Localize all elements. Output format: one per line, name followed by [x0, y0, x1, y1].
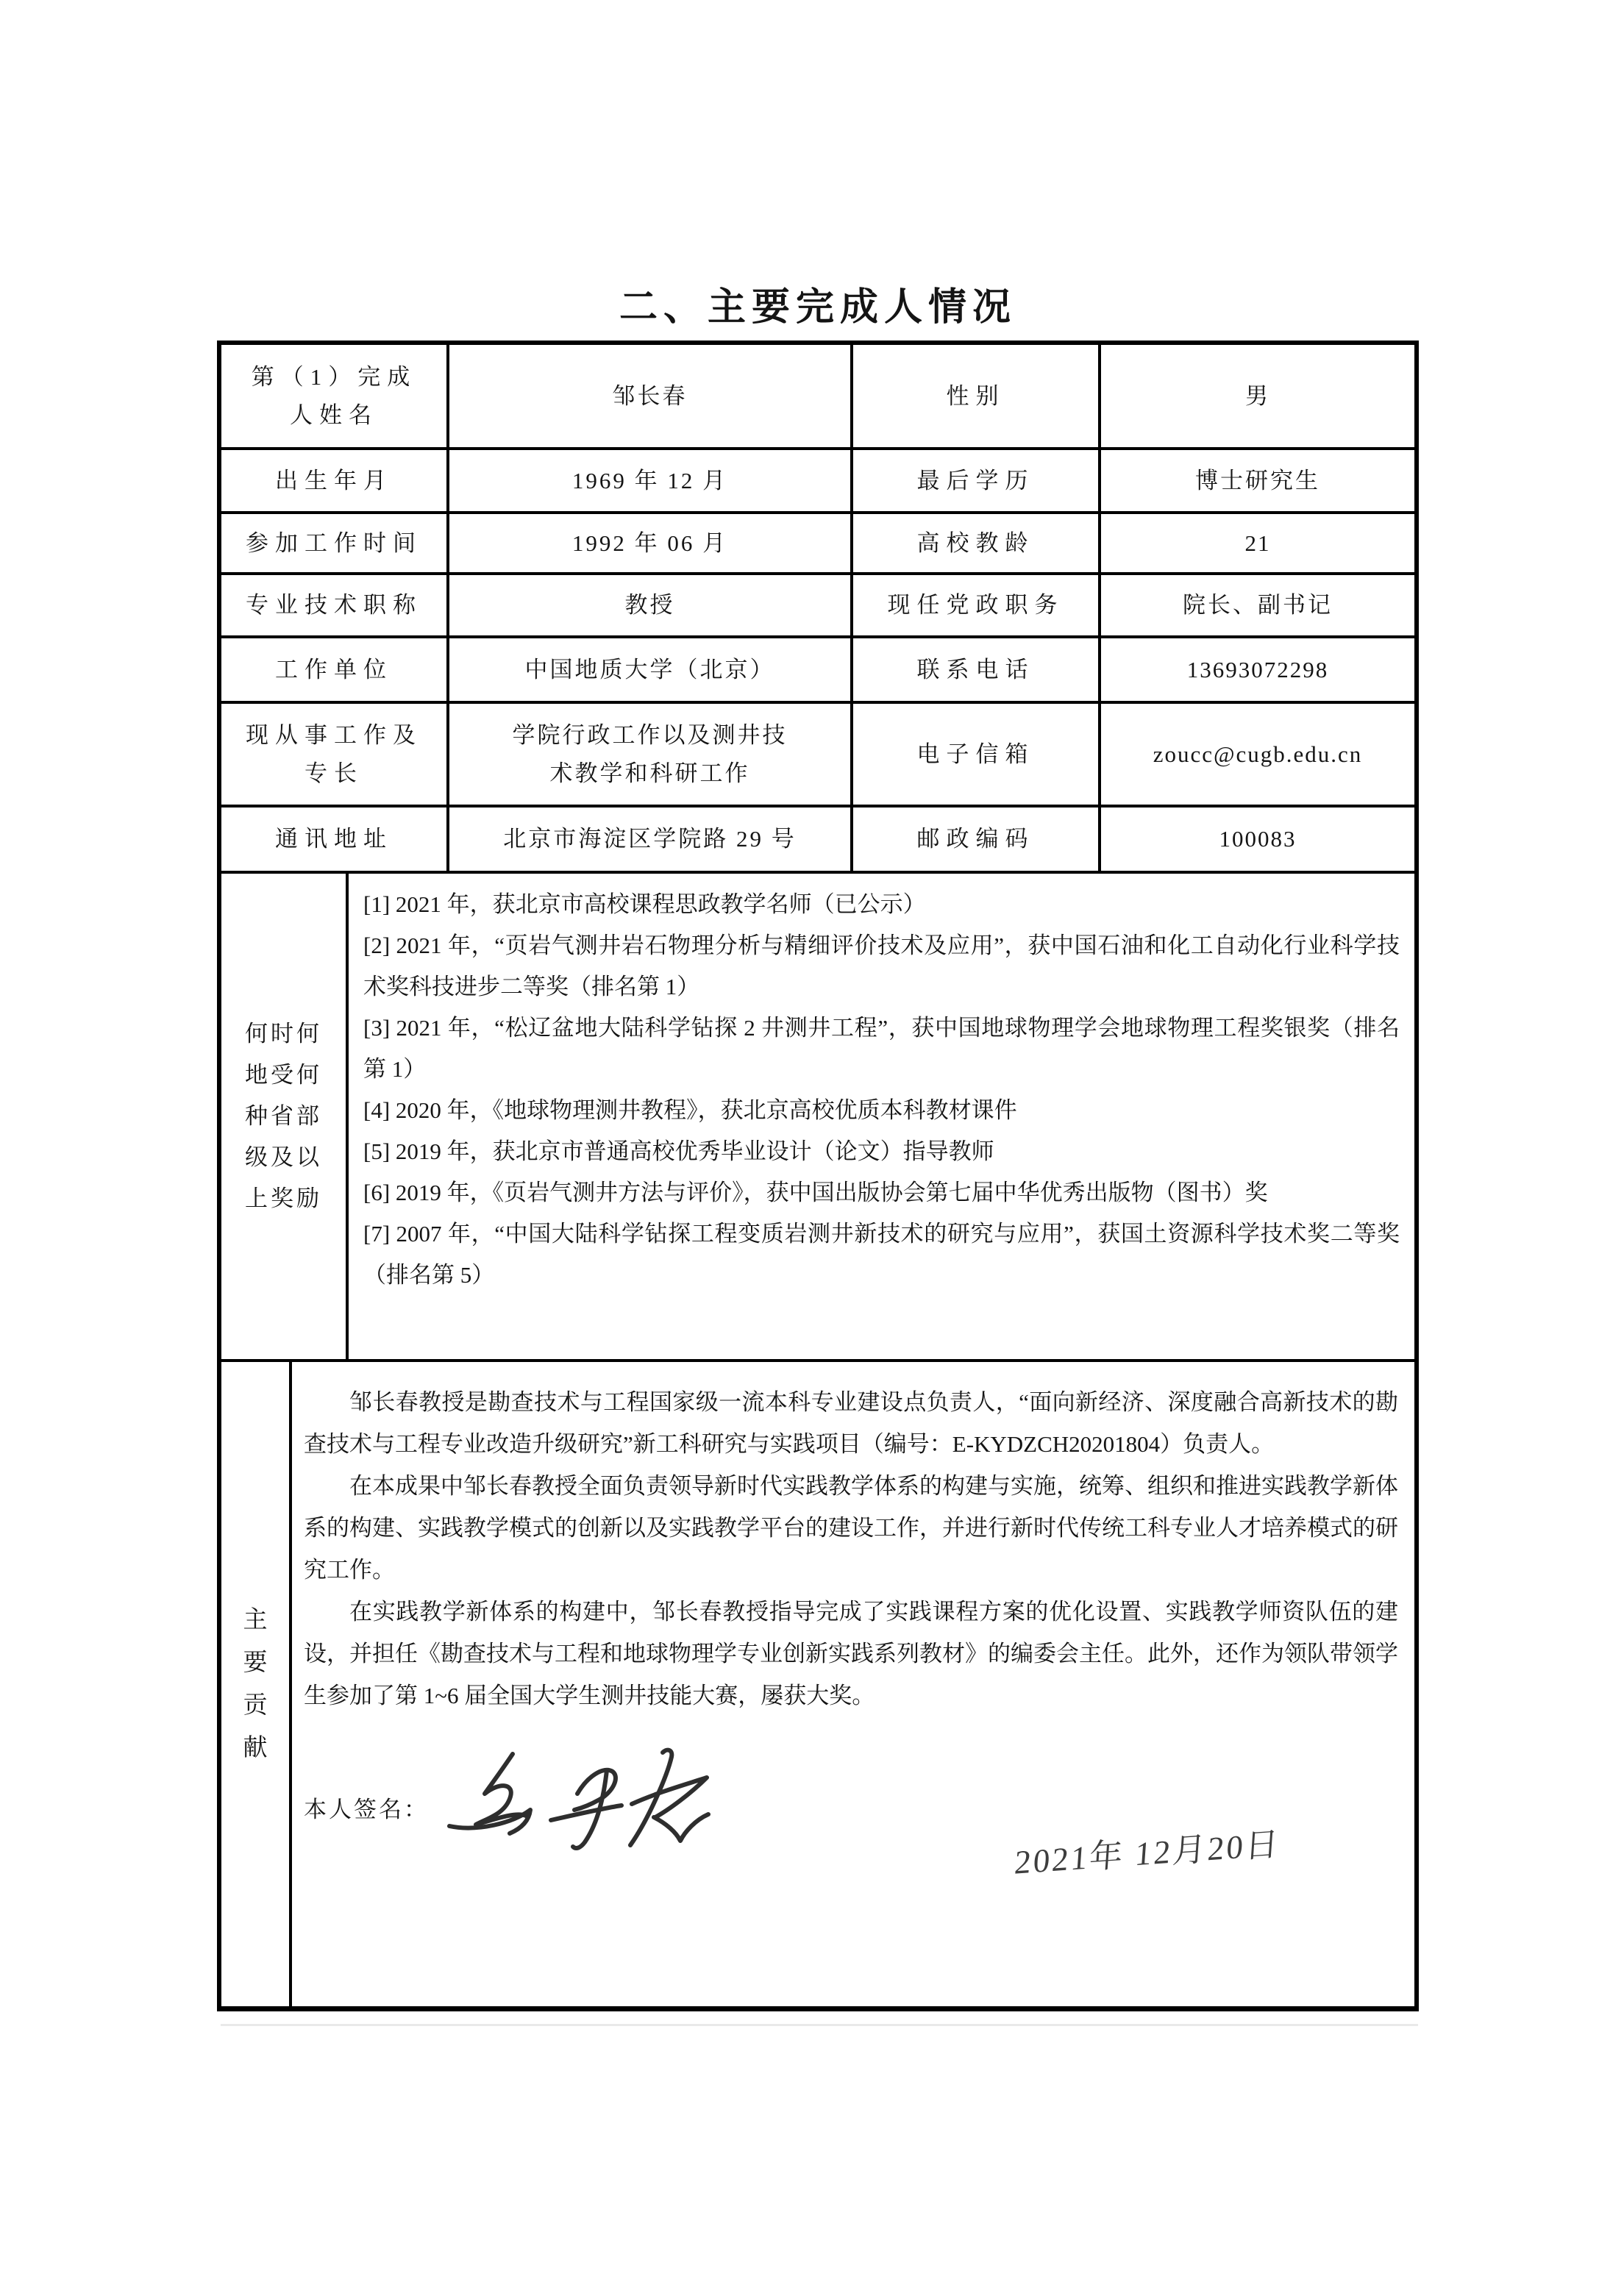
signature-block: 本人签名： [304, 1741, 1398, 1878]
address-label: 通讯地址 [221, 807, 449, 871]
birth-date-value: 1969 年 12 月 [449, 450, 853, 511]
award-item: [5] 2019 年，获北京市普通高校优秀毕业设计（论文）指导教师 [363, 1131, 1400, 1172]
contribution-paragraph: 邹长春教授是勘查技术与工程国家级一流本科专业建设点负责人，“面向新经济、深度融合… [304, 1381, 1398, 1465]
phone-value: 13693072298 [1101, 638, 1414, 701]
teaching-years-label: 高校教龄 [853, 514, 1101, 572]
party-post-label: 现任党政职务 [853, 575, 1101, 635]
award-item: [6] 2019 年，《页岩气测井方法与评价》，获中国出版协会第七届中华优秀出版… [363, 1172, 1400, 1213]
table-row: 第（1）完成 人姓名 邹长春 性别 男 [221, 345, 1414, 450]
teaching-years-value: 21 [1101, 514, 1414, 572]
contribution-body: 邹长春教授是勘查技术与工程国家级一流本科专业建设点负责人，“面向新经济、深度融合… [292, 1362, 1414, 2006]
title-rank-value: 教授 [449, 575, 853, 635]
table-row: 工作单位 中国地质大学（北京） 联系电话 13693072298 [221, 638, 1414, 704]
work-start-label: 参加工作时间 [221, 514, 449, 572]
table-row: 出生年月 1969 年 12 月 最后学历 博士研究生 [221, 450, 1414, 514]
completer-name-value: 邹长春 [449, 345, 853, 447]
award-item: [2] 2021 年，“页岩气测井岩石物理分析与精细评价技术及应用”，获中国石油… [363, 925, 1400, 1008]
current-work-label: 现从事工作及 专长 [221, 704, 449, 805]
last-degree-value: 博士研究生 [1101, 450, 1414, 511]
signature-date: 2021年 12月20日 [1013, 1823, 1281, 1884]
title-rank-label: 专业技术职称 [221, 575, 449, 635]
table-row: 现从事工作及 专长 学院行政工作以及测井技 术教学和科研工作 电子信箱 zouc… [221, 704, 1414, 807]
awards-label: 何时何 地受何 种省部 级及以 上奖励 [221, 874, 349, 1359]
phone-label: 联系电话 [853, 638, 1101, 701]
contribution-paragraph: 在本成果中邹长春教授全面负责领导新时代实践教学体系的构建与实施，统筹、组织和推进… [304, 1465, 1398, 1591]
employer-label: 工作单位 [221, 638, 449, 701]
last-degree-label: 最后学历 [853, 450, 1101, 511]
awards-list: [1] 2021 年，获北京市高校课程思政教学名师（已公示） [2] 2021 … [349, 874, 1414, 1359]
document-page: 二、主要完成人情况 第（1）完成 人姓名 邹长春 性别 男 出生年月 1969 … [0, 0, 1624, 2296]
work-start-value: 1992 年 06 月 [449, 514, 853, 572]
address-value: 北京市海淀区学院路 29 号 [449, 807, 853, 871]
postcode-value: 100083 [1101, 807, 1414, 871]
gender-value: 男 [1101, 345, 1414, 447]
email-value: zoucc@cugb.edu.cn [1101, 704, 1414, 805]
award-item: [3] 2021 年，“松辽盆地大陆科学钻探 2 井测井工程”，获中国地球物理学… [363, 1008, 1400, 1090]
page-title: 二、主要完成人情况 [217, 285, 1419, 329]
table-row: 参加工作时间 1992 年 06 月 高校教龄 21 [221, 514, 1414, 575]
awards-row: 何时何 地受何 种省部 级及以 上奖励 [1] 2021 年，获北京市高校课程思… [221, 874, 1414, 1362]
birth-date-label: 出生年月 [221, 450, 449, 511]
signature-scrawl [433, 1738, 727, 1867]
employer-value: 中国地质大学（北京） [449, 638, 853, 701]
postcode-label: 邮政编码 [853, 807, 1101, 871]
award-item: [1] 2021 年，获北京市高校课程思政教学名师（已公示） [363, 884, 1400, 925]
info-table: 第（1）完成 人姓名 邹长春 性别 男 出生年月 1969 年 12 月 最后学… [217, 341, 1419, 2011]
contribution-paragraph: 在实践教学新体系的构建中，邹长春教授指导完成了实践课程方案的优化设置、实践教学师… [304, 1591, 1398, 1716]
party-post-value: 院长、副书记 [1101, 575, 1414, 635]
table-row: 通讯地址 北京市海淀区学院路 29 号 邮政编码 100083 [221, 807, 1414, 874]
table-row: 专业技术职称 教授 现任党政职务 院长、副书记 [221, 575, 1414, 638]
contribution-row: 主 要 贡 献 邹长春教授是勘查技术与工程国家级一流本科专业建设点负责人，“面向… [221, 1362, 1414, 2006]
gender-label: 性别 [853, 345, 1101, 447]
award-item: [4] 2020 年，《地球物理测井教程》，获北京高校优质本科教材课件 [363, 1090, 1400, 1131]
contribution-label: 主 要 贡 献 [221, 1362, 292, 2006]
current-work-value: 学院行政工作以及测井技 术教学和科研工作 [449, 704, 853, 805]
award-item: [7] 2007 年，“中国大陆科学钻探工程变质岩测井新技术的研究与应用”，获国… [363, 1213, 1400, 1296]
completer-name-label: 第（1）完成 人姓名 [221, 345, 449, 447]
email-label: 电子信箱 [853, 704, 1101, 805]
signature-label: 本人签名： [304, 1789, 429, 1830]
scan-shadow-line [221, 2024, 1418, 2026]
